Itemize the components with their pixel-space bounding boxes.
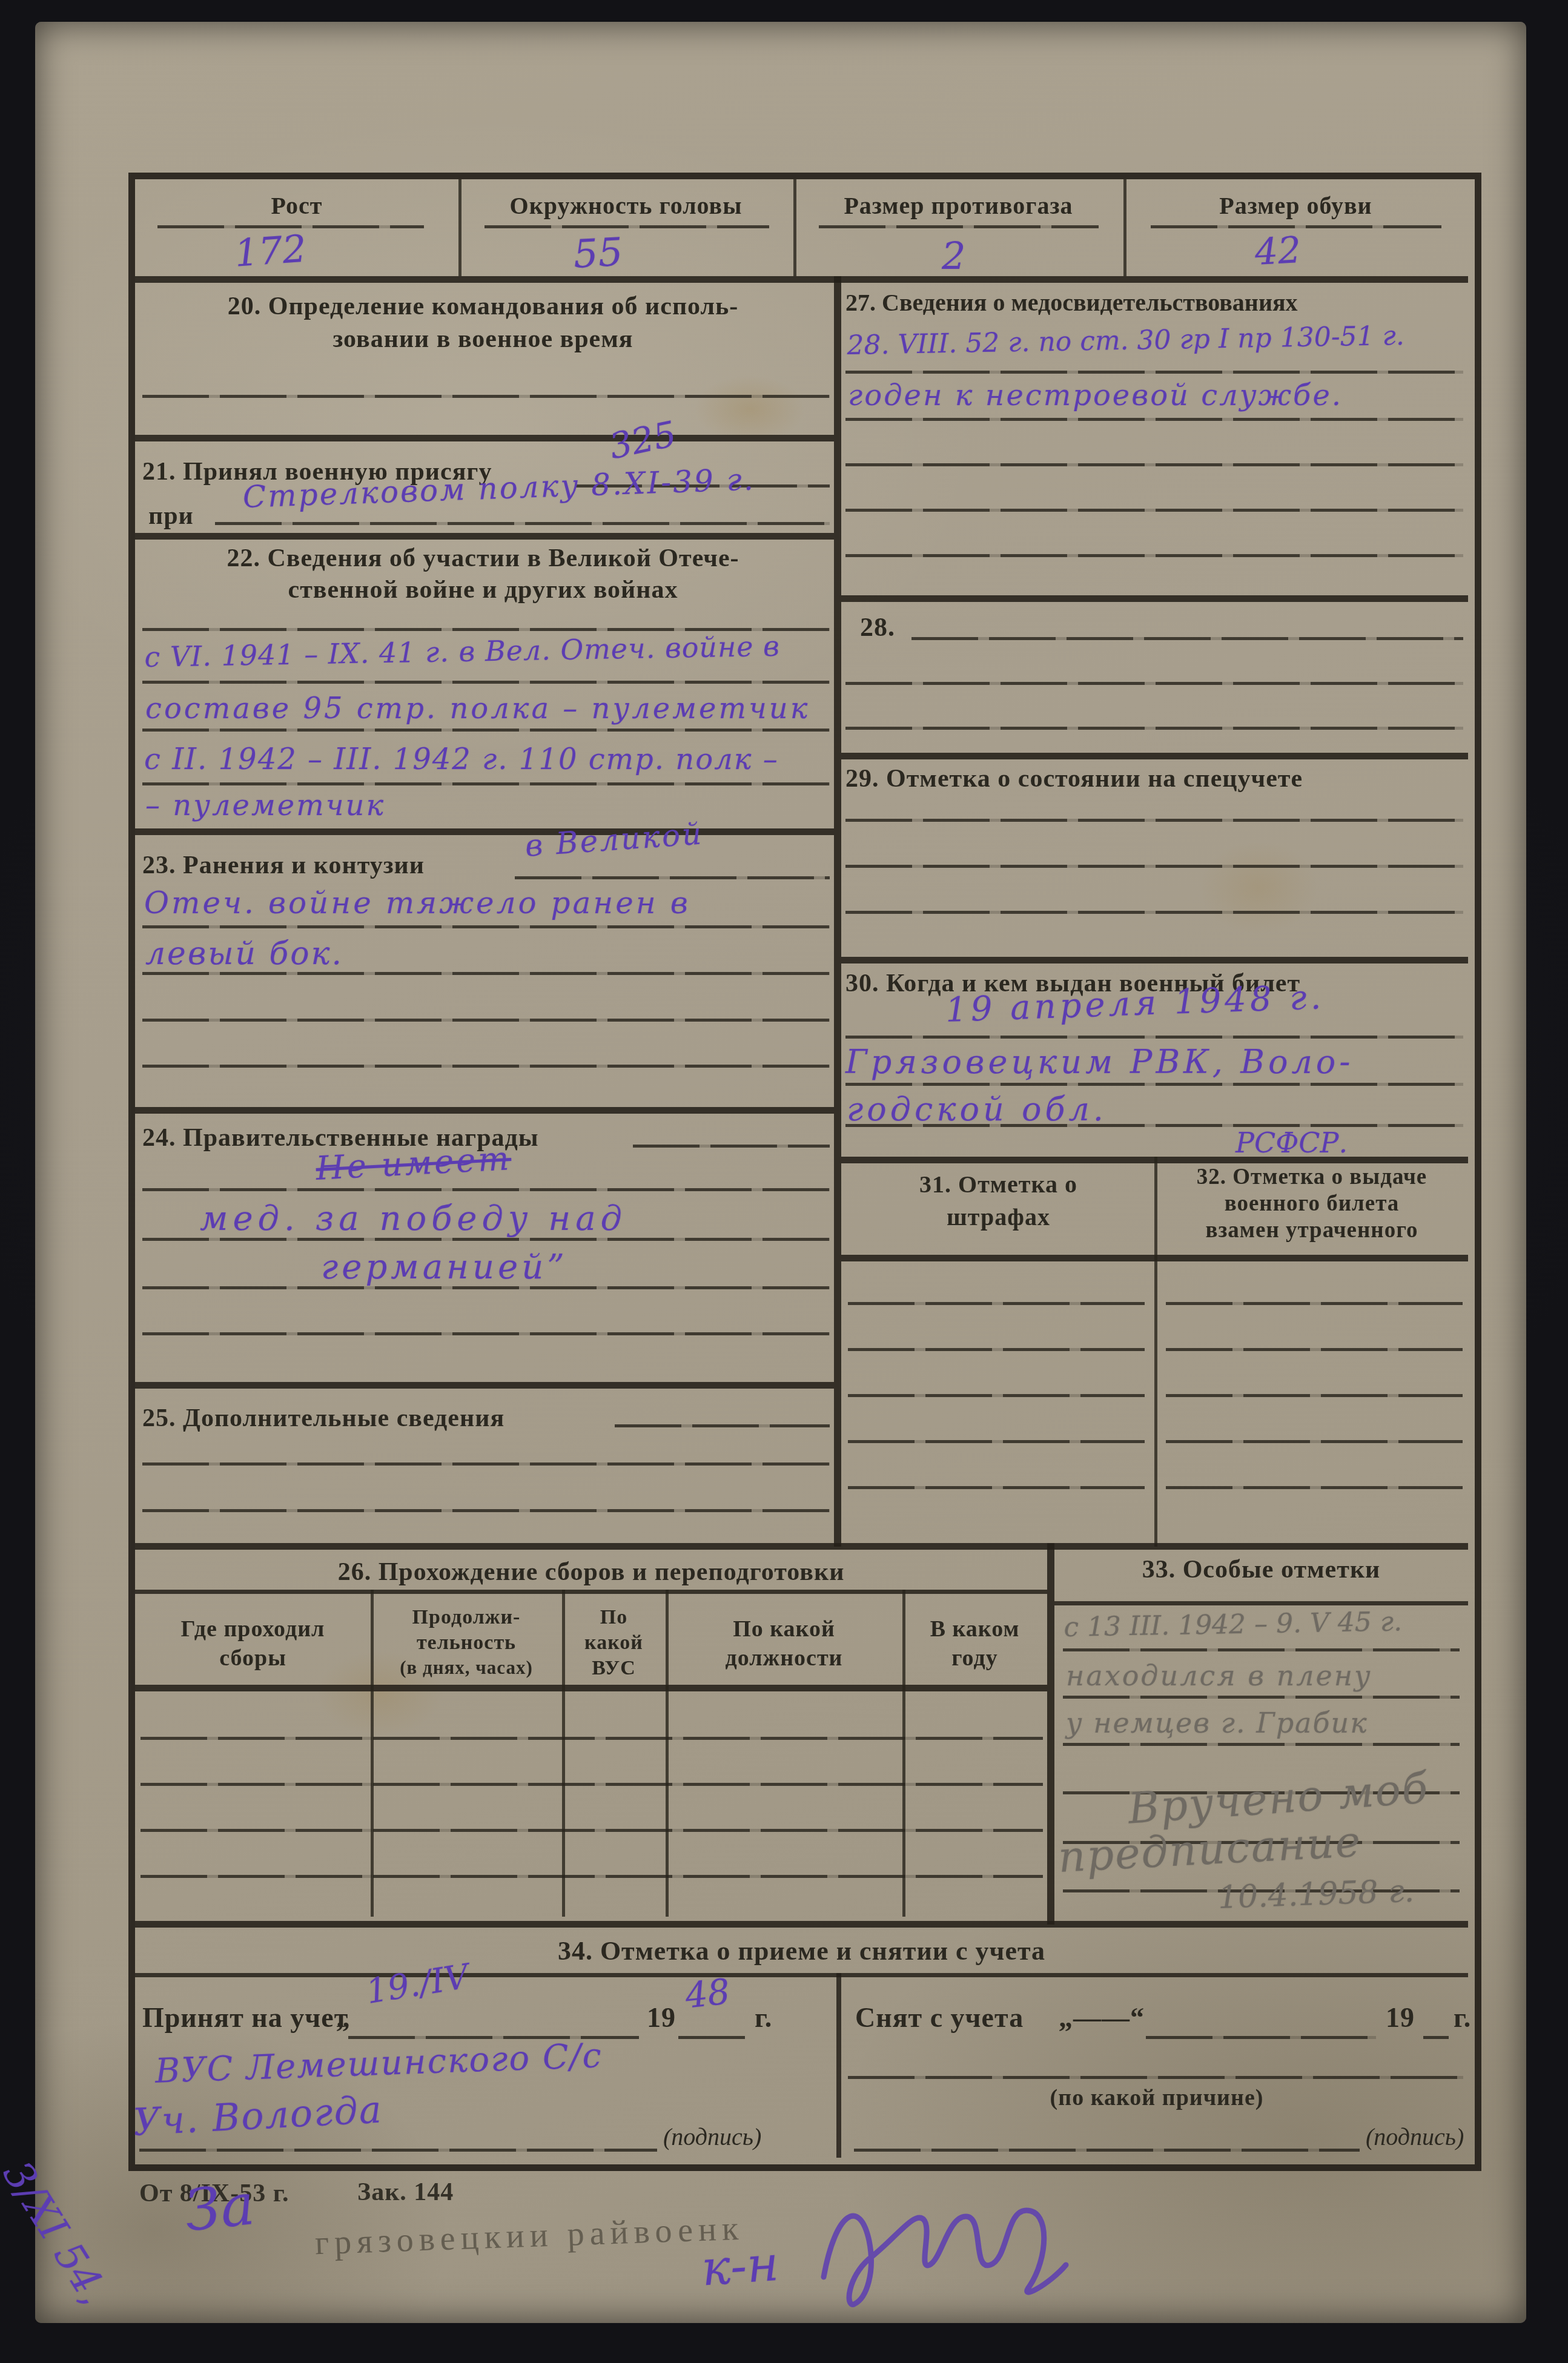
sec34-removed-label: Снят с учета — [855, 2001, 1024, 2034]
sec34-removed-year-suffix: г. — [1454, 2001, 1471, 2034]
sec31-title-line2: штрафах — [841, 1203, 1156, 1231]
ruled-line — [845, 1124, 1463, 1127]
sec34-removed-quote: „——“ — [1059, 2001, 1145, 2034]
ruled-line — [845, 463, 1463, 466]
ruled-line — [848, 1486, 1145, 1489]
sec34-left-signature-label: (подпись) — [663, 2123, 761, 2151]
ruled-line — [1063, 1648, 1460, 1651]
column-divider — [834, 276, 841, 1547]
sec23-wound-entry-3: левый бок. — [145, 936, 343, 972]
ruled-line — [848, 2076, 1463, 2079]
sec26-col-duration-line1: Продолжи- — [371, 1606, 562, 1629]
ruled-line — [845, 727, 1463, 730]
section-divider — [135, 435, 834, 441]
sec33-captivity-line2: находился в плену — [1066, 1659, 1372, 1692]
sec34-registered-year: 48 — [683, 1971, 732, 2016]
ruled-line — [1166, 1394, 1463, 1397]
section-divider — [841, 753, 1468, 759]
sec22-war-entry-3: с II. 1942 – III. 1942 г. 110 стр. полк … — [144, 742, 779, 776]
ruled-line — [854, 2149, 1360, 2152]
footer-rank: к-н — [700, 2235, 781, 2297]
footer-za-note: За — [182, 2172, 257, 2244]
sec33-mobilization-date: 10.4.1958 г. — [1217, 1873, 1415, 1916]
sec31-title-line1: 31. Отметка о — [841, 1170, 1156, 1198]
sec26-col-where-line2: сборы — [135, 1645, 371, 1671]
section-divider — [135, 1107, 834, 1114]
ruled-line — [1166, 1440, 1463, 1443]
sec26-col-where-line1: Где проходил — [135, 1616, 371, 1642]
ruled-line — [845, 418, 1463, 421]
ruled-line — [845, 1036, 1463, 1039]
ruled-line — [142, 925, 830, 928]
sec34-registered-year-prefix: 19 — [647, 2001, 676, 2034]
sec32-title-line3: взамен утраченного — [1156, 1217, 1468, 1243]
sec34-registered-quote: „ — [336, 2001, 351, 2034]
sec24-award-entry-2: германией” — [321, 1248, 568, 1287]
ruled-line — [845, 509, 1463, 512]
ruled-line — [819, 225, 1099, 228]
ruled-line — [141, 1875, 1043, 1878]
ruled-line — [845, 911, 1463, 914]
gasmask-size-label: Размер противогаза — [793, 191, 1123, 220]
sec26-col-position-line1: По какой — [666, 1616, 902, 1642]
ruled-line — [139, 2149, 657, 2152]
sec29-title: 29. Отметка о состоянии на спецучете — [845, 764, 1303, 793]
ruled-line — [848, 1348, 1145, 1351]
sec33-title: 33. Особые отметки — [1054, 1555, 1468, 1584]
ruled-line — [845, 554, 1463, 557]
sec26-title-underline — [135, 1590, 1047, 1594]
sec21-at-label: при — [148, 501, 194, 530]
ruled-line — [142, 1286, 830, 1289]
ruled-line — [485, 225, 769, 228]
sec25-title: 25. Дополнительные сведения — [142, 1404, 504, 1433]
sec34-removed-year-prefix: 19 — [1386, 2001, 1415, 2034]
sec33-captivity-line3: у немцев г. Грабик — [1066, 1707, 1368, 1739]
ruled-line — [845, 865, 1463, 868]
height-value: 172 — [233, 226, 308, 276]
ruled-line — [142, 395, 830, 398]
ruled-line — [848, 1302, 1145, 1305]
ruled-line — [141, 1737, 1043, 1740]
sec23-title: 23. Ранения и контузии — [142, 851, 425, 880]
sec26-col-duration-line3: (в днях, часах) — [371, 1657, 562, 1679]
sec26-col-vus-line2: какой — [562, 1631, 666, 1654]
sec27-medical-entry-2: годен к нестроевой службе. — [848, 378, 1343, 412]
sec32-title-line2: военного билета — [1156, 1191, 1468, 1217]
sec26-col-divider — [666, 1590, 669, 1917]
ruled-line — [845, 371, 1463, 374]
ruled-line — [1151, 225, 1441, 228]
ruled-line — [142, 1238, 830, 1241]
sec20-title-line1: 20. Определение командования об исполь- — [136, 292, 830, 321]
sec26-header-underline — [135, 1685, 1047, 1691]
section-divider — [135, 533, 834, 540]
ruled-line — [142, 1462, 830, 1466]
sec34-title: 34. Отметка о приеме и снятии с учета — [135, 1935, 1468, 1966]
ruled-line — [142, 1509, 830, 1512]
sec26-col-divider — [902, 1590, 905, 1917]
sec20-title-line2: зовании в военное время — [136, 325, 830, 354]
ruled-line — [142, 782, 830, 785]
ruled-line — [142, 729, 830, 732]
sec26-33-divider — [1047, 1543, 1054, 1925]
ruled-line — [845, 819, 1463, 822]
sec22-title-line1: 22. Сведения об участии в Великой Отече- — [136, 544, 830, 573]
ruled-line — [1166, 1486, 1463, 1489]
sec34-registered-year-suffix: г. — [755, 2001, 772, 2034]
sec31-32-divider — [1154, 1157, 1157, 1547]
sec34-registered-label: Принят на учет — [142, 2001, 348, 2034]
sec26-col-position-line2: должности — [666, 1645, 902, 1671]
ruled-line — [615, 1424, 830, 1427]
sec26-title: 26. Прохождение сборов и переподготовки — [135, 1558, 1047, 1587]
sec34-reason-label: (по какой причине) — [878, 2084, 1435, 2111]
ruled-line — [142, 1332, 830, 1335]
section-divider — [135, 1382, 834, 1389]
sec30-issuer-line1: Грязовецким РВК, Воло- — [845, 1043, 1354, 1081]
ruled-line — [1166, 1302, 1463, 1305]
sec30-issuer-line2: годской обл. — [847, 1090, 1107, 1128]
sec33-captivity-line1: с 13 III. 1942 – 9. V 45 г. — [1064, 1606, 1402, 1643]
sec27-title: 27. Сведения о медосвидетельствованиях — [845, 288, 1298, 317]
ruled-line — [911, 637, 1463, 640]
sec30-issuer-line3: РСФСР. — [1236, 1126, 1348, 1159]
section-divider — [135, 1543, 1468, 1550]
section-divider — [135, 828, 834, 835]
section-divider — [135, 1921, 1468, 1928]
sec26-col-vus-line3: ВУС — [562, 1657, 666, 1680]
header-bottom-border — [135, 276, 1468, 283]
sec24-award-entry-1: мед. за победу над — [200, 1199, 627, 1238]
ruled-line — [1146, 2036, 1376, 2039]
sec34-cell-divider — [836, 1973, 841, 2158]
sec26-col-duration-line2: тельность — [371, 1631, 562, 1654]
height-label: Рост — [135, 191, 458, 220]
head-circumference-label: Окружность головы — [458, 191, 793, 220]
ruled-line — [215, 522, 830, 525]
sec33-title-underline — [1054, 1601, 1468, 1605]
section-divider — [841, 595, 1468, 602]
ruled-line — [141, 1829, 1043, 1832]
scan-backdrop: Рост Окружность головы Размер противогаз… — [0, 0, 1568, 2363]
ruled-line — [1423, 2036, 1449, 2039]
shoe-size-label: Размер обуви — [1123, 191, 1468, 220]
ruled-line — [515, 876, 830, 879]
ruled-line — [678, 2036, 745, 2039]
signature-flourish — [812, 2174, 1072, 2313]
sec23-wound-entry-2: Отеч. войне тяжело ранен в — [144, 885, 690, 920]
ruled-line — [142, 1019, 830, 1022]
ruled-line — [142, 1065, 830, 1068]
sec22-war-entry-4: – пулеметчик — [145, 788, 385, 822]
sec34-right-signature-label: (подпись) — [1366, 2123, 1464, 2151]
ruled-line — [1063, 1743, 1460, 1746]
ruled-line — [142, 1188, 830, 1191]
sec26-col-year-line1: В каком — [902, 1616, 1047, 1642]
sec22-war-entry-2: составе 95 стр. полка – пулеметчик — [145, 692, 810, 725]
ruled-line — [848, 1394, 1145, 1397]
ruled-line — [848, 1440, 1145, 1443]
footer-print-order: Зак. 144 — [357, 2178, 454, 2207]
sec26-col-divider — [562, 1590, 565, 1917]
ruled-line — [633, 1145, 830, 1148]
ruled-line — [141, 1783, 1043, 1786]
sec32-title-line1: 32. Отметка о выдаче — [1156, 1164, 1468, 1190]
ruled-line — [142, 972, 830, 975]
shoe-size-value: 42 — [1254, 229, 1302, 274]
ruled-line — [845, 682, 1463, 685]
ruled-line — [1063, 1696, 1460, 1699]
sec34-title-underline — [135, 1973, 1468, 1977]
section-divider — [841, 957, 1468, 963]
sec22-title-line2: ственной войне и других войнах — [136, 575, 830, 604]
ruled-line — [845, 1083, 1463, 1086]
sec28-label: 28. — [860, 612, 895, 643]
ruled-line — [1166, 1348, 1463, 1351]
sec26-col-year-line2: году — [902, 1645, 1047, 1671]
gasmask-size-value: 2 — [942, 234, 965, 278]
head-circumference-value: 55 — [572, 230, 624, 277]
ruled-line — [142, 681, 830, 684]
sec26-col-vus-line1: По — [562, 1606, 666, 1629]
sec26-col-divider — [371, 1590, 374, 1917]
